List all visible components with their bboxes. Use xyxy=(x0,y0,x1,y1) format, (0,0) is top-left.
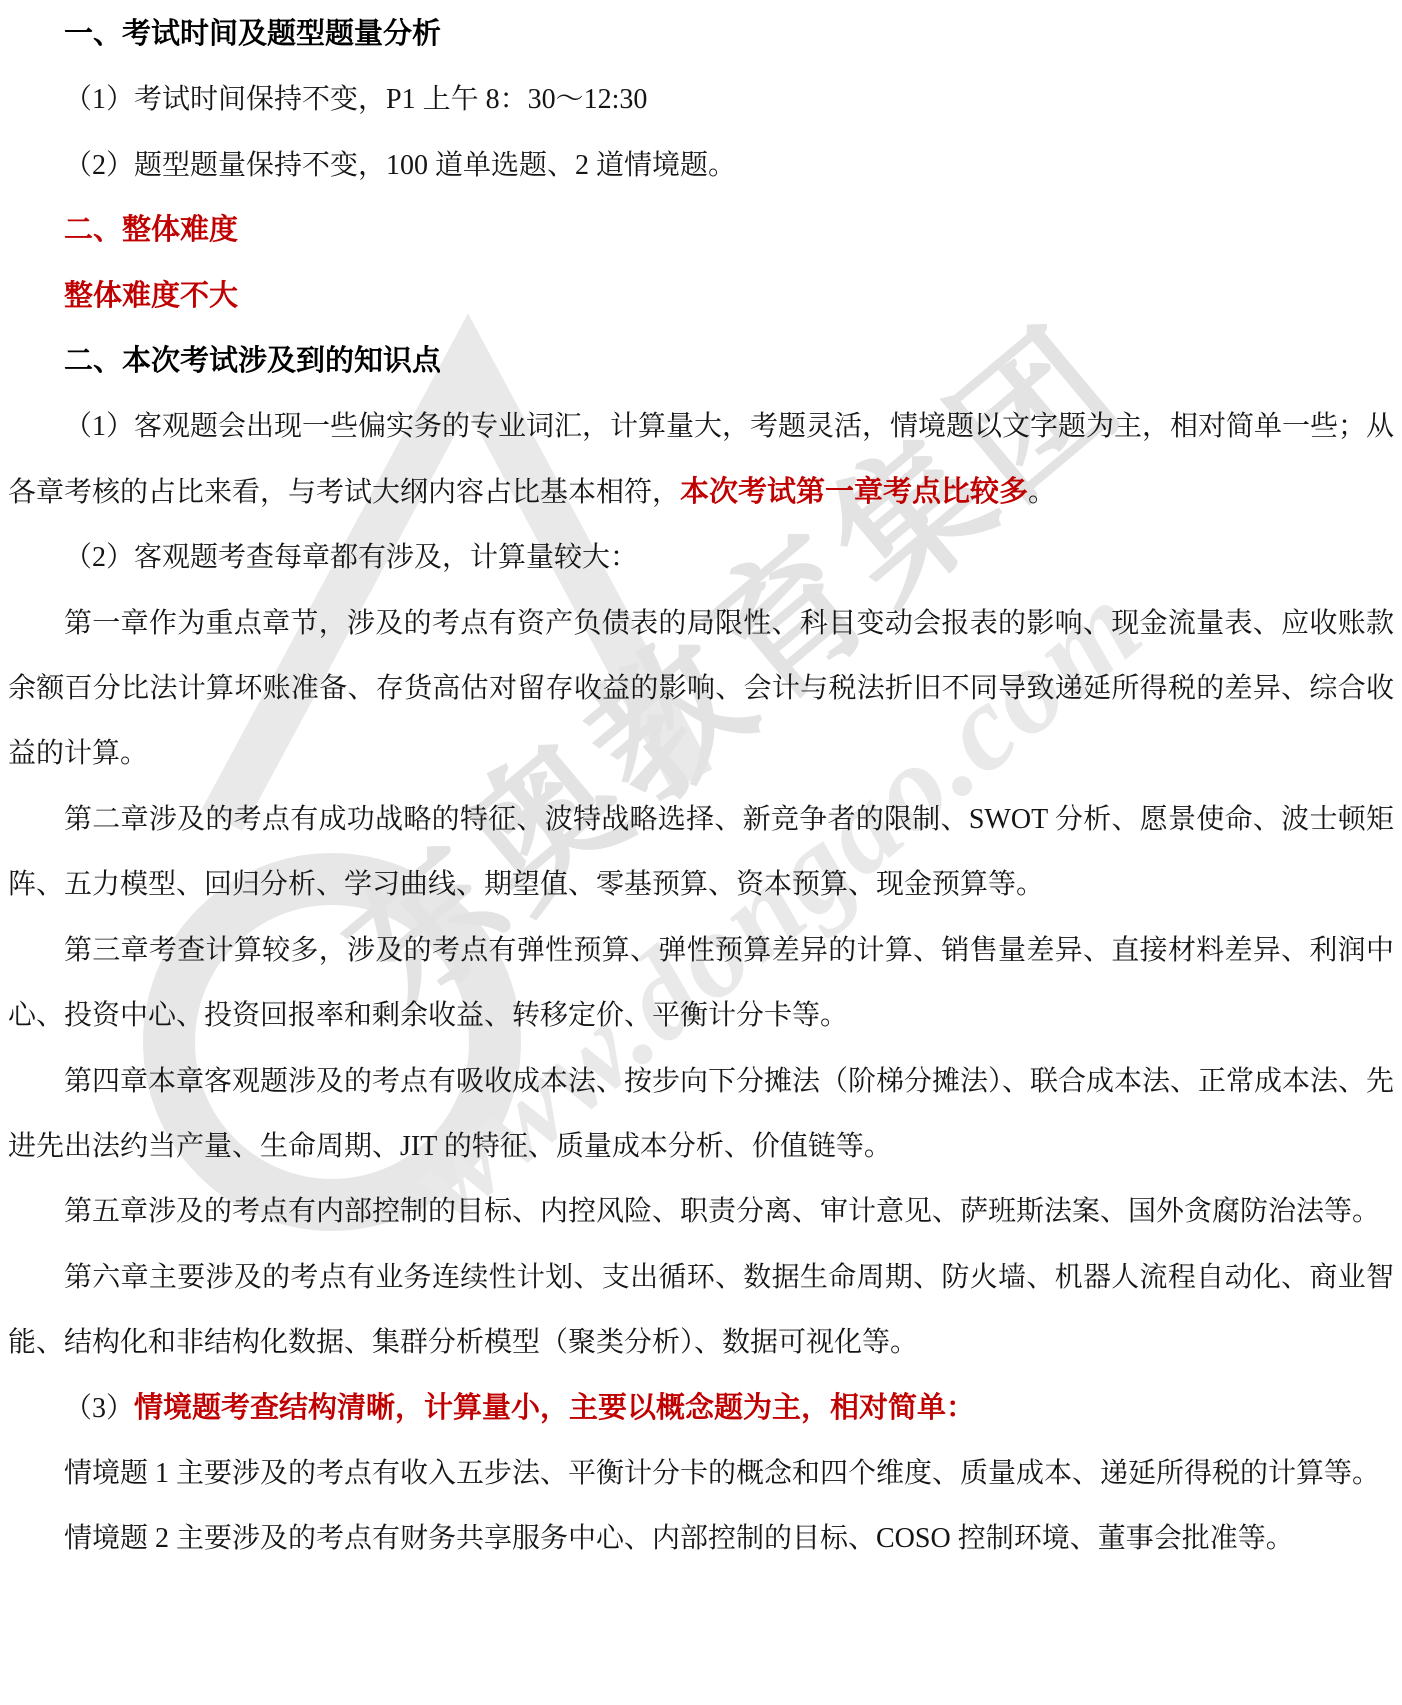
text-segment: （1）考试时间保持不变，P1 上午 8：30～12:30 xyxy=(64,84,647,115)
text-segment: 整体难度不大 xyxy=(64,280,238,312)
text-segment: 第五章涉及的考点有内部控制的目标、内控风险、职责分离、审计意见、萨班斯法案、国外… xyxy=(64,1196,1380,1227)
text-segment: 情境题 2 主要涉及的考点有财务共享服务中心、内部控制的目标、COSO 控制环境… xyxy=(64,1523,1294,1554)
text-segment: 。 xyxy=(1028,477,1056,508)
paragraph: 第六章主要涉及的考点有业务连续性计划、支出循环、数据生命周期、防火墙、机器人流程… xyxy=(8,1245,1394,1376)
text-segment: （2）客观题考查每章都有涉及，计算量较大： xyxy=(64,542,638,573)
text-segment: 一、考试时间及题型题量分析 xyxy=(64,18,441,50)
section-heading: 一、考试时间及题型题量分析 xyxy=(8,2,1394,67)
paragraph: 第一章作为重点章节，涉及的考点有资产负债表的局限性、科目变动会报表的影响、现金流… xyxy=(8,591,1394,787)
text-segment: 情境题考查结构清晰，计算量小，主要以概念题为主，相对简单： xyxy=(134,1392,975,1424)
paragraph: （3）情境题考查结构清晰，计算量小，主要以概念题为主，相对简单： xyxy=(8,1376,1394,1441)
text-segment: 第三章考查计算较多，涉及的考点有弹性预算、弹性预算差异的计算、销售量差异、直接材… xyxy=(8,935,1394,1031)
text-segment: 本次考试第一章考点比较多 xyxy=(680,476,1028,508)
paragraph: 情境题 1 主要涉及的考点有收入五步法、平衡计分卡的概念和四个维度、质量成本、递… xyxy=(8,1441,1394,1506)
paragraph: 第五章涉及的考点有内部控制的目标、内控风险、职责分离、审计意见、萨班斯法案、国外… xyxy=(8,1179,1394,1244)
text-segment: （2）题型题量保持不变，100 道单选题、2 道情境题。 xyxy=(64,150,736,181)
paragraph: 第四章本章客观题涉及的考点有吸收成本法、按步向下分摊法（阶梯分摊法）、联合成本法… xyxy=(8,1049,1394,1180)
paragraph: （1）考试时间保持不变，P1 上午 8：30～12:30 xyxy=(8,67,1394,132)
text-segment: 第六章主要涉及的考点有业务连续性计划、支出循环、数据生命周期、防火墙、机器人流程… xyxy=(8,1262,1394,1358)
paragraph: （2）题型题量保持不变，100 道单选题、2 道情境题。 xyxy=(8,133,1394,198)
paragraph: 第二章涉及的考点有成功战略的特征、波特战略选择、新竞争者的限制、SWOT 分析、… xyxy=(8,787,1394,918)
text-segment: 第一章作为重点章节，涉及的考点有资产负债表的局限性、科目变动会报表的影响、现金流… xyxy=(8,608,1394,770)
text-segment: 二、整体难度 xyxy=(64,214,238,246)
section-heading: 二、本次考试涉及到的知识点 xyxy=(8,329,1394,394)
text-segment: 第四章本章客观题涉及的考点有吸收成本法、按步向下分摊法（阶梯分摊法）、联合成本法… xyxy=(8,1066,1394,1162)
section-heading: 整体难度不大 xyxy=(8,264,1394,329)
paragraph: （1）客观题会出现一些偏实务的专业词汇，计算量大，考题灵活，情境题以文字题为主，… xyxy=(8,394,1394,525)
text-segment: 第二章涉及的考点有成功战略的特征、波特战略选择、新竞争者的限制、SWOT 分析、… xyxy=(8,804,1394,900)
paragraph: 情境题 2 主要涉及的考点有财务共享服务中心、内部控制的目标、COSO 控制环境… xyxy=(8,1506,1394,1571)
section-heading: 二、整体难度 xyxy=(8,198,1394,263)
document-content: 一、考试时间及题型题量分析（1）考试时间保持不变，P1 上午 8：30～12:3… xyxy=(0,0,1402,1572)
paragraph: 第三章考查计算较多，涉及的考点有弹性预算、弹性预算差异的计算、销售量差异、直接材… xyxy=(8,918,1394,1049)
paragraph: （2）客观题考查每章都有涉及，计算量较大： xyxy=(8,525,1394,590)
text-segment: 情境题 1 主要涉及的考点有收入五步法、平衡计分卡的概念和四个维度、质量成本、递… xyxy=(64,1458,1380,1489)
text-segment: 二、本次考试涉及到的知识点 xyxy=(64,345,441,377)
text-segment: （3） xyxy=(64,1393,134,1424)
document-page: 东奥教育集团 www.dongao.com 一、考试时间及题型题量分析（1）考试… xyxy=(0,0,1402,1705)
